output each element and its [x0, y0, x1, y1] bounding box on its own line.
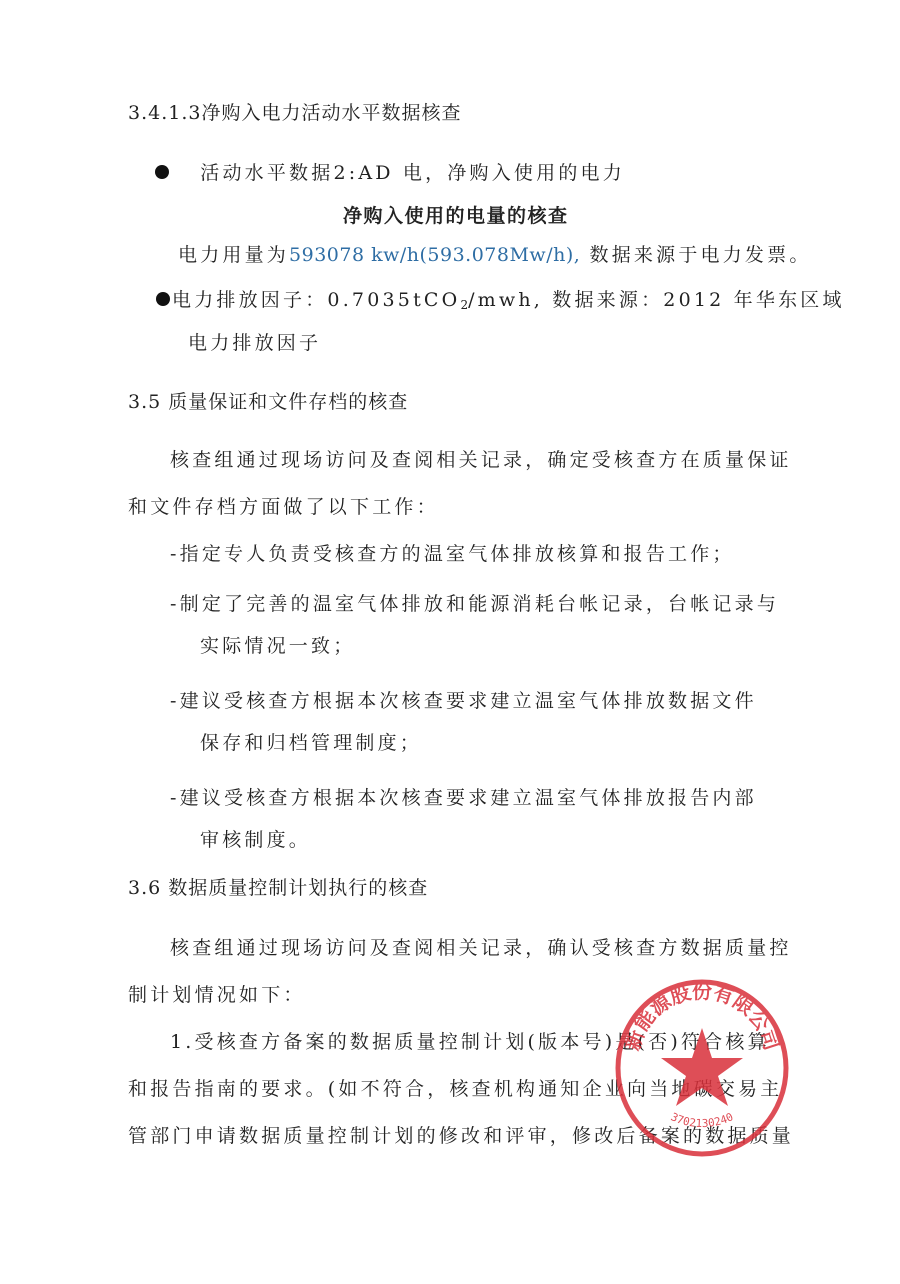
s35-item-1: -指定专人负责受核查方的温室气体排放核算和报告工作；	[170, 541, 735, 567]
bullet-icon	[156, 292, 170, 306]
power-usage-line: 电力用量为593078 kw/h(593.078Mw/h), 数据来源于电力发票…	[178, 242, 812, 268]
factor-text-b: /mwh, 数据来源：2012 年华东区域	[468, 289, 845, 311]
section-3-5-heading: 3.5 质量保证和文件存档的核查	[128, 389, 408, 415]
subtitle-net-purchase: 净购入使用的电量的核查	[343, 203, 569, 229]
bullet-activity-data: 活动水平数据2:AD 电，净购入使用的电力	[155, 160, 625, 186]
s35-para-line2: 和文件存档方面做了以下工作：	[128, 494, 439, 520]
s35-item-2: -制定了完善的温室气体排放和能源消耗台帐记录，台帐记录与	[170, 591, 779, 617]
s36-item1-line3: 管部门申请数据质量控制计划的修改和评审，修改后备案的数据质量	[128, 1123, 794, 1149]
s36-item1-line1: 1.受核查方备案的数据质量控制计划(版本号)是(否)符合核算	[170, 1029, 770, 1055]
s35-item-2-cont: 实际情况一致；	[200, 633, 355, 659]
s35-item-3: -建议受核查方根据本次核查要求建立温室气体排放数据文件	[170, 688, 757, 714]
s35-para-line1: 核查组通过现场访问及查阅相关记录，确定受核查方在质量保证	[170, 447, 792, 473]
s35-item-4-cont: 审核制度。	[200, 827, 311, 853]
s36-para-line1: 核查组通过现场访问及查阅相关记录，确认受核查方数据质量控	[170, 935, 792, 961]
s36-item1-line2: 和报告指南的要求。(如不符合，核查机构通知企业向当地碳交易主	[128, 1076, 782, 1102]
usage-prefix: 电力用量为	[178, 244, 289, 266]
usage-value: 593078 kw/h(593.078Mw/h),	[289, 244, 580, 266]
factor-text-a: 电力排放因子：0.7035tCO	[172, 289, 460, 311]
emission-factor-line: 电力排放因子：0.7035tCO2/mwh, 数据来源：2012 年华东区域	[156, 287, 845, 318]
s35-item-3-cont: 保存和归档管理制度；	[200, 730, 422, 756]
s35-item-4: -建议受核查方根据本次核查要求建立温室气体排放报告内部	[170, 785, 757, 811]
usage-suffix: 数据来源于电力发票。	[580, 244, 811, 266]
activity-data-text: 活动水平数据2:AD 电，净购入使用的电力	[200, 162, 625, 184]
bullet-icon	[155, 165, 169, 179]
s36-para-line2: 制计划情况如下：	[128, 982, 306, 1008]
factor-subscript: 2	[460, 298, 468, 312]
emission-factor-line2: 电力排放因子	[188, 330, 321, 356]
section-3-6-heading: 3.6 数据质量控制计划执行的核查	[128, 875, 428, 901]
section-3-4-1-3-heading: 3.4.1.3净购入电力活动水平数据核查	[128, 100, 461, 126]
